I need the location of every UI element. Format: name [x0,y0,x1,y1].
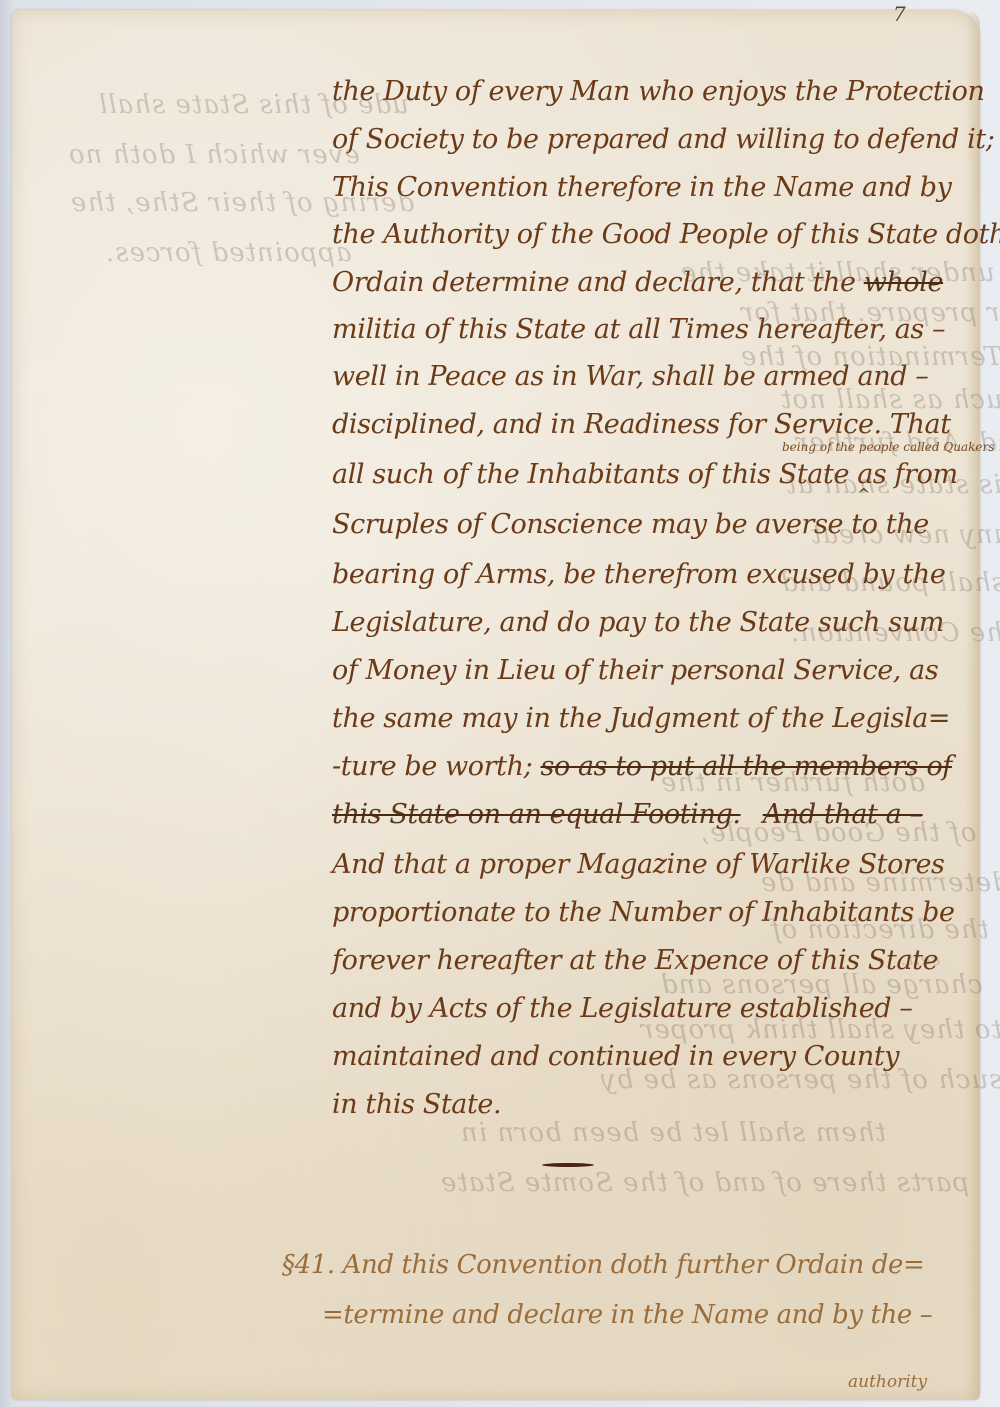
struck-text: And that a – [763,799,923,830]
section-41-line-1: §41. And this Convention doth further Or… [282,1250,924,1280]
struck-text: this State on an equal Footing. [332,799,741,830]
section-text: And this Convention doth further Ordain … [343,1250,925,1280]
manuscript-line: militia of this State at all Times herea… [332,313,945,347]
manuscript-line: of Money in Lieu of their personal Servi… [332,654,938,688]
manuscript-line: the Authority of the Good People of this… [332,218,1000,252]
manuscript-line: -ture be worth; so as to put all the mem… [332,750,952,784]
manuscript-line: of Society to be prepared and willing to… [332,123,994,157]
line-text: Ordain determine and declare, that the [332,267,856,298]
section-41-line-2: =termine and declare in the Name and by … [322,1300,932,1330]
struck-text: so as to put all the members of [540,751,951,782]
manuscript-line: proportionate to the Number of Inhabitan… [332,896,955,930]
manuscript-line: maintained and continued in every County [332,1040,899,1074]
manuscript-line: in this State. [332,1088,501,1122]
manuscript-line: This Convention therefore in the Name an… [332,171,952,205]
manuscript-line: this State on an equal Footing. And that… [332,798,923,832]
manuscript-line: bearing of Arms, be therefrom excused by… [332,558,945,592]
manuscript-line: Scruples of Conscience may be averse to … [332,508,929,542]
line-text: -ture be worth; [332,751,532,782]
catchword: authority [848,1372,927,1392]
struck-text: whole [864,267,943,298]
manuscript-line: And that a proper Magazine of Warlike St… [332,848,945,882]
interlinear-insertion: being of the people called Quakers [782,440,994,454]
manuscript-line: Legislature, and do pay to the State suc… [332,606,944,640]
manuscript-line: disciplined, and in Readiness for Servic… [332,408,951,442]
manuscript-line: forever hereafter at the Expence of this… [332,944,938,978]
manuscript-line: Ordain determine and declare, that the w… [332,266,943,300]
section-number: §41. [282,1250,335,1280]
manuscript-line: the same may in the Judgment of the Legi… [332,702,950,736]
insertion-caret-icon: ^ [857,485,870,504]
manuscript-line: and by Acts of the Legislature establish… [332,992,912,1026]
manuscript-line: the Duty of every Man who enjoys the Pro… [332,75,984,109]
page-number-mark: 7 [893,2,906,26]
manuscript-line: well in Peace as in War, shall be armed … [332,360,928,394]
closing-flourish [542,1163,594,1167]
